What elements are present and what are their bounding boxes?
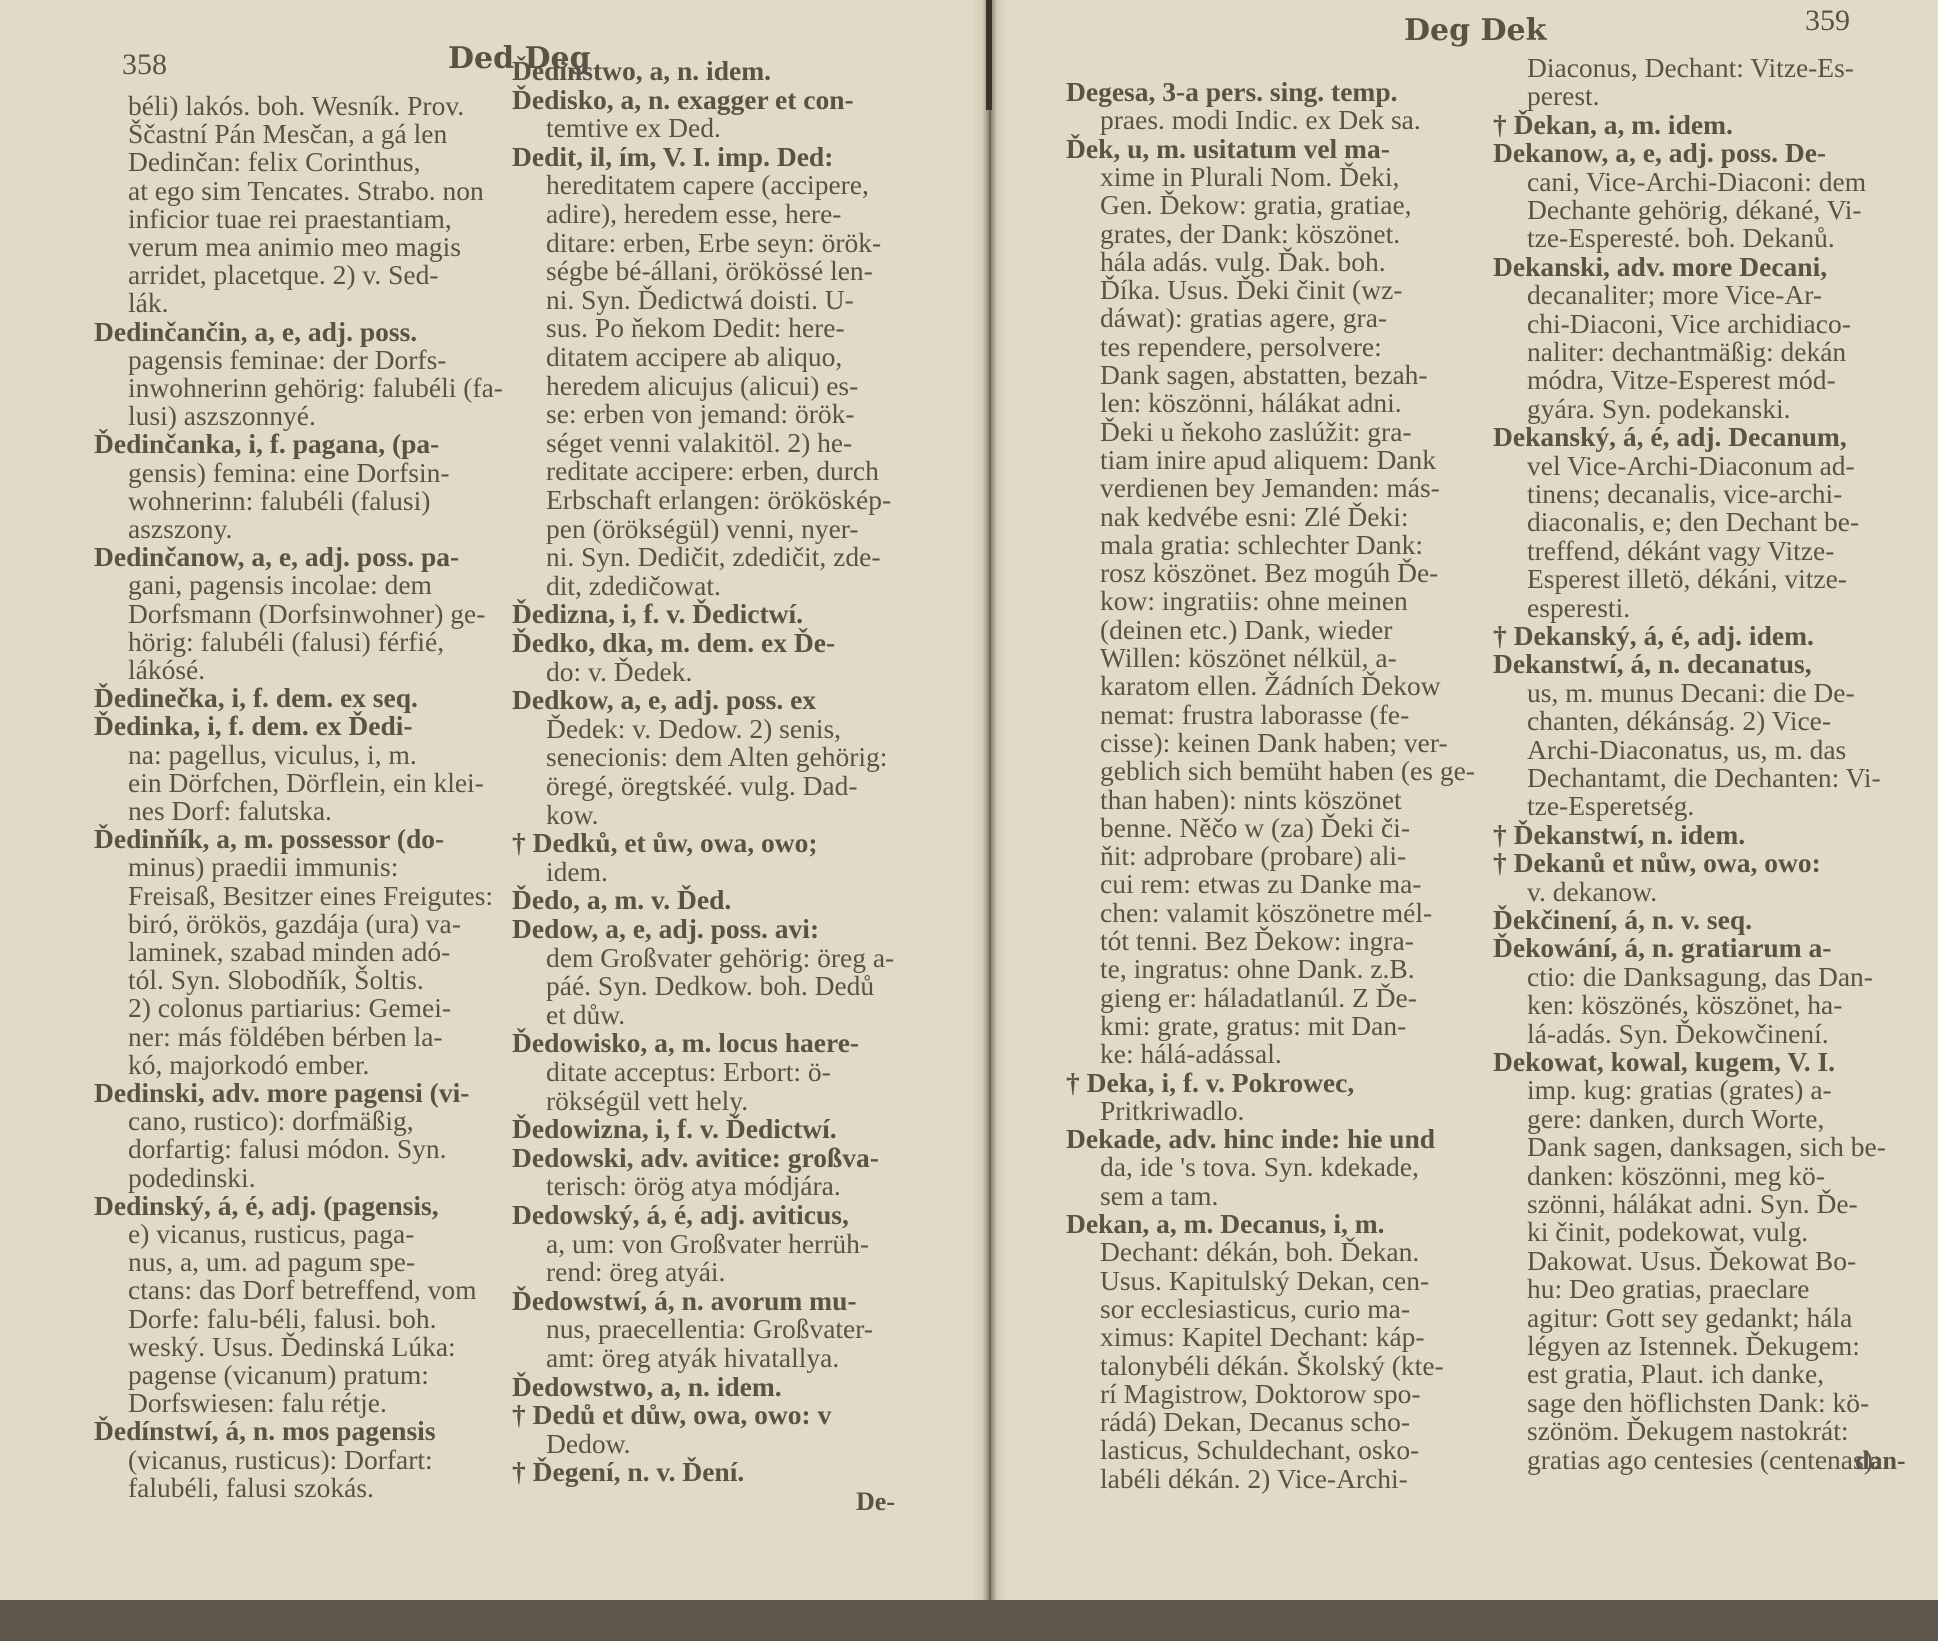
entry-text-line: et důw. bbox=[512, 1001, 625, 1029]
entry-text-line: tze-Esperetség. bbox=[1493, 792, 1694, 820]
entry-text-line: tiam inire apud aliquem: Dank bbox=[1066, 446, 1436, 474]
entry-text-line: rend: öreg atyái. bbox=[512, 1258, 725, 1286]
entry-text-line: reditate accipere: erben, durch bbox=[512, 457, 879, 485]
entry-text-line: ctans: das Dorf betreffend, vom bbox=[94, 1276, 476, 1304]
entry-headword-line: Ďedinečka, i, f. dem. ex seq. bbox=[94, 684, 418, 712]
entry-text-line: terisch: örög atya módjára. bbox=[512, 1172, 841, 1200]
entry-text-line: Dorfsmann (Dorfsinwohner) ge- bbox=[94, 600, 485, 628]
entry-text-line: biró, örökös, gazdája (ura) va- bbox=[94, 910, 461, 938]
entry-headword-line: † Dedů et důw, owa, owo: v bbox=[512, 1401, 831, 1429]
entry-headword-line: Dekanow, a, e, adj. poss. De- bbox=[1493, 139, 1826, 167]
gutter-shadow bbox=[986, 0, 992, 110]
entry-text-line: danken: köszönni, meg kö- bbox=[1493, 1162, 1825, 1190]
entry-text-line: nes Dorf: falutska. bbox=[94, 797, 332, 825]
entry-text-line: weský. Usus. Ďedinská Lúka: bbox=[94, 1333, 456, 1361]
left-page: 358 Ded Deg béli) lakós. boh. Wesník. Pr… bbox=[0, 0, 990, 1600]
entry-text-line: labéli dékán. 2) Vice-Archi- bbox=[1066, 1465, 1408, 1493]
entry-headword-line: Dedkow, a, e, adj. poss. ex bbox=[512, 686, 816, 714]
entry-text-line: kmi: grate, gratus: mit Dan- bbox=[1066, 1012, 1406, 1040]
entry-text-line: a, um: von Großvater herrüh- bbox=[512, 1230, 869, 1258]
entry-headword-line: Ďedowstwo, a, n. idem. bbox=[512, 1373, 782, 1401]
entry-text-line: laminek, szabad minden adó- bbox=[94, 938, 450, 966]
entry-text-line: nemat: frustra laborasse (fe- bbox=[1066, 701, 1409, 729]
entry-text-line: dit, zdedičowat. bbox=[512, 572, 721, 600]
entry-headword-line: Dekan, a, m. Decanus, i, m. bbox=[1066, 1210, 1385, 1238]
entry-text-line: Dakowat. Usus. Ďekowat Bo- bbox=[1493, 1247, 1856, 1275]
entry-text-line: Usus. Kapitulský Dekan, cen- bbox=[1066, 1267, 1429, 1295]
entry-text-line: tes rependere, persolvere: bbox=[1066, 333, 1382, 361]
entry-headword-line: Ďedowizna, i, f. v. Ďedictwí. bbox=[512, 1115, 837, 1143]
entry-text-line: lák. bbox=[94, 289, 168, 317]
entry-headword-line: † Dedků, et ůw, owa, owo; bbox=[512, 829, 818, 857]
entry-text-line: sor ecclesiasticus, curio ma- bbox=[1066, 1295, 1410, 1323]
entry-headword-line: Ďedo, a, m. v. Ďed. bbox=[512, 886, 731, 914]
entry-text-line: dáwat): gratias agere, gra- bbox=[1066, 304, 1387, 332]
entry-text-line: do: v. Ďedek. bbox=[512, 658, 692, 686]
entry-text-line: gieng er: háladatlanúl. Z Ďe- bbox=[1066, 984, 1417, 1012]
entry-text-line: Ďeki u ňekoho zaslúžit: gra- bbox=[1066, 418, 1412, 446]
entry-headword-line: Dedowský, á, é, adj. aviticus, bbox=[512, 1201, 849, 1229]
entry-text-line: karatom ellen. Žádních Ďekow bbox=[1066, 672, 1441, 700]
entry-text-line: séget venni valakitöl. 2) he- bbox=[512, 429, 852, 457]
entry-text-line: praes. modi Indic. ex Dek sa. bbox=[1066, 106, 1421, 134]
entry-text-line: se: erben von jemand: örök- bbox=[512, 400, 855, 428]
book-spread: 358 Ded Deg béli) lakós. boh. Wesník. Pr… bbox=[0, 0, 1938, 1641]
entry-text-line: diaconalis, e; den Dechant be- bbox=[1493, 508, 1859, 536]
entry-text-line: hereditatem capere (accipere, bbox=[512, 171, 869, 199]
entry-text-line: decanaliter; more Vice-Ar- bbox=[1493, 281, 1822, 309]
entry-text-line: lasticus, Schuldechant, osko- bbox=[1066, 1436, 1419, 1464]
entry-headword-line: Dekowat, kowal, kugem, V. I. bbox=[1493, 1048, 1835, 1076]
entry-text-line: Dank sagen, danksagen, sich be- bbox=[1493, 1133, 1886, 1161]
entry-text-line: ctio: die Danksagung, das Dan- bbox=[1493, 963, 1873, 991]
entry-headword-line: Ďedinňík, a, m. possessor (do- bbox=[94, 825, 444, 853]
entry-text-line: szönöm. Ďekugem nastokrát: bbox=[1493, 1417, 1849, 1445]
entry-text-line: kow: ingratiis: ohne meinen bbox=[1066, 587, 1408, 615]
entry-text-line: dorfartig: falusi módon. Syn. bbox=[94, 1135, 447, 1163]
entry-text-line: v. dekanow. bbox=[1493, 878, 1657, 906]
entry-text-line: temtive ex Ded. bbox=[512, 114, 721, 142]
entry-text-line: rosz köszönet. Bez mogúh Ďe- bbox=[1066, 559, 1438, 587]
entry-headword-line: Ďedisko, a, n. exagger et con- bbox=[512, 86, 854, 114]
catchword-right: dan- bbox=[1855, 1446, 1906, 1476]
entry-text-line: inwohnerinn gehörig: falubéli (fa- bbox=[94, 374, 503, 402]
entry-text-line: esperesti. bbox=[1493, 594, 1630, 622]
entry-text-line: cano, rustico): dorfmäßig, bbox=[94, 1107, 414, 1135]
entry-headword-line: Ďedowisko, a, m. locus haere- bbox=[512, 1029, 859, 1057]
entry-text-line: xime in Plurali Nom. Ďeki, bbox=[1066, 163, 1399, 191]
entry-text-line: gyára. Syn. podekanski. bbox=[1493, 395, 1791, 423]
entry-text-line: lusi) aszszonnyé. bbox=[94, 402, 316, 430]
entry-text-line: hörig: falubéli (falusi) férfié, bbox=[94, 628, 444, 656]
entry-text-line: te, ingratus: ohne Dank. z.B. bbox=[1066, 955, 1415, 983]
entry-text-line: Pritkriwadlo. bbox=[1066, 1097, 1244, 1125]
entry-text-line: Ščastní Pán Mesčan, a gá len bbox=[94, 120, 447, 148]
entry-text-line: ki činit, podekowat, vulg. bbox=[1493, 1218, 1808, 1246]
entry-text-line: ditare: erben, Erbe seyn: örök- bbox=[512, 229, 881, 257]
entry-text-line: ditate acceptus: Erbort: ö- bbox=[512, 1058, 831, 1086]
entry-text-line: grates, der Dank: köszönet. bbox=[1066, 220, 1400, 248]
entry-text-line: Diaconus, Dechant: Vitze-Es- bbox=[1493, 54, 1854, 82]
entry-text-line: us, m. munus Decani: die De- bbox=[1493, 679, 1855, 707]
entry-text-line: Dedow. bbox=[512, 1430, 631, 1458]
entry-text-line: Willen: köszönet nélkül, a- bbox=[1066, 644, 1397, 672]
entry-text-line: ximus: Kapitel Dechant: káp- bbox=[1066, 1323, 1425, 1351]
entry-headword-line: Dedinski, adv. more pagensi (vi- bbox=[94, 1079, 469, 1107]
entry-text-line: benne. Něčo w (za) Ďeki či- bbox=[1066, 814, 1410, 842]
entry-headword-line: † Ďekan, a, m. idem. bbox=[1493, 111, 1733, 139]
entry-text-line: ni. Syn. Ďedictwá doisti. U- bbox=[512, 286, 854, 314]
entry-text-line: geblich sich bemüht haben (es ge- bbox=[1066, 757, 1475, 785]
entry-text-line: kó, majorkodó ember. bbox=[94, 1051, 369, 1079]
entry-text-line: vel Vice-Archi-Diaconum ad- bbox=[1493, 452, 1855, 480]
entry-text-line: rádá) Dekan, Decanus scho- bbox=[1066, 1408, 1410, 1436]
entry-text-line: lákósé. bbox=[94, 656, 205, 684]
entry-text-line: pen (örökségül) venni, nyer- bbox=[512, 515, 859, 543]
entry-text-line: Ďíka. Usus. Ďeki činit (wz- bbox=[1066, 276, 1402, 304]
entry-headword-line: Dekade, adv. hinc inde: hie und bbox=[1066, 1125, 1435, 1153]
entry-text-line: pagense (vicanum) pratum: bbox=[94, 1361, 429, 1389]
entry-text-line: chen: valamit köszönetre mél- bbox=[1066, 899, 1432, 927]
entry-headword-line: Ďedko, dka, m. dem. ex Ďe- bbox=[512, 629, 835, 657]
entry-headword-line: † Ďekanstwí, n. idem. bbox=[1493, 821, 1745, 849]
entry-text-line: idem. bbox=[512, 858, 608, 886]
entry-text-line: minus) praedii immunis: bbox=[94, 853, 398, 881]
entry-text-line: Erbschaft erlangen: örököskép- bbox=[512, 486, 891, 514]
entry-headword-line: Ďedinstwo, a, n. idem. bbox=[512, 57, 771, 85]
entry-headword-line: Ďek, u, m. usitatum vel ma- bbox=[1066, 135, 1390, 163]
entry-text-line: Dorfe: falu-béli, falusi. boh. bbox=[94, 1305, 437, 1333]
entry-text-line: légyen az Istennek. Ďekugem: bbox=[1493, 1332, 1860, 1360]
entry-text-line: Dedinčan: felix Corinthus, bbox=[94, 148, 421, 176]
entry-text-line: páé. Syn. Dedkow. boh. Dedů bbox=[512, 972, 874, 1000]
entry-text-line: Dank sagen, abstatten, bezah- bbox=[1066, 361, 1428, 389]
entry-text-line: cisse): keinen Dank haben; ver- bbox=[1066, 729, 1448, 757]
entry-text-line: rí Magistrow, Doktorow spo- bbox=[1066, 1380, 1421, 1408]
book-gutter bbox=[972, 0, 1008, 1612]
entry-text-line: ditatem accipere ab aliquo, bbox=[512, 343, 842, 371]
entry-text-line: hu: Deo gratias, praeclare bbox=[1493, 1275, 1810, 1303]
entry-text-line: dem Großvater gehörig: öreg a- bbox=[512, 944, 894, 972]
entry-headword-line: Ďedizna, i, f. v. Ďedictwí. bbox=[512, 600, 803, 628]
entry-text-line: kow. bbox=[512, 801, 598, 829]
entry-headword-line: Dedit, il, ím, V. I. imp. Ded: bbox=[512, 143, 833, 171]
running-head-right: Deg Dek bbox=[1404, 14, 1546, 48]
entry-headword-line: † Dekanský, á, é, adj. idem. bbox=[1493, 622, 1814, 650]
entry-text-line: naliter: dechantmäßig: dekán bbox=[1493, 338, 1846, 366]
entry-text-line: pagensis feminae: der Dorfs- bbox=[94, 346, 446, 374]
entry-text-line: chanten, dékánság. 2) Vice- bbox=[1493, 707, 1831, 735]
entry-text-line: béli) lakós. boh. Wesník. Prov. bbox=[94, 92, 464, 120]
entry-text-line: inficior tuae rei praestantiam, bbox=[94, 205, 452, 233]
entry-text-line: aszszony. bbox=[94, 515, 232, 543]
entry-text-line: rökségül vett hely. bbox=[512, 1087, 748, 1115]
entry-text-line: Dechantamt, die Dechanten: Vi- bbox=[1493, 764, 1881, 792]
entry-text-line: da, ide 's tova. Syn. kdekade, bbox=[1066, 1153, 1419, 1181]
entry-text-line: 2) colonus partiarius: Gemei- bbox=[94, 994, 451, 1022]
entry-text-line: ke: hálá-adással. bbox=[1066, 1040, 1282, 1068]
entry-text-line: sus. Po ňekom Dedit: here- bbox=[512, 314, 845, 342]
entry-text-line: ni. Syn. Dedičit, zdedičit, zde- bbox=[512, 543, 881, 571]
entry-headword-line: Ďekowání, á, n. gratiarum a- bbox=[1493, 934, 1831, 962]
entry-text-line: amt: öreg atyák hivatallya. bbox=[512, 1344, 839, 1372]
entry-text-line: ségbe bé-állani, örökössé len- bbox=[512, 257, 873, 285]
entry-text-line: ner: más földében bérben la- bbox=[94, 1023, 443, 1051]
entry-text-line: Dorfswiesen: falu rétje. bbox=[94, 1389, 387, 1417]
entry-headword-line: Dekanský, á, é, adj. Decanum, bbox=[1493, 423, 1847, 451]
entry-text-line: podedinski. bbox=[94, 1164, 256, 1192]
entry-text-line: e) vicanus, rusticus, paga- bbox=[94, 1220, 414, 1248]
entry-text-line: tinens; decanalis, vice-archi- bbox=[1493, 480, 1842, 508]
entry-headword-line: Ďedinčanka, i, f. pagana, (pa- bbox=[94, 430, 439, 458]
entry-text-line: len: köszönni, hálákat adni. bbox=[1066, 389, 1402, 417]
catchword-left: De- bbox=[856, 1487, 895, 1517]
entry-text-line: lá-adás. Syn. Ďekowčinení. bbox=[1493, 1020, 1829, 1048]
entry-headword-line: Dedow, a, e, adj. poss. avi: bbox=[512, 915, 819, 943]
entry-headword-line: Dedinčanow, a, e, adj. poss. pa- bbox=[94, 543, 459, 571]
entry-text-line: arridet, placetque. 2) v. Sed- bbox=[94, 261, 439, 289]
entry-headword-line: Dekanstwí, á, n. decanatus, bbox=[1493, 650, 1812, 678]
right-page: Deg Dek 359 Degesa, 3-a pers. sing. temp… bbox=[990, 0, 1938, 1618]
entry-text-line: agitur: Gott sey gedankt; hála bbox=[1493, 1304, 1852, 1332]
entry-text-line: wohnerinn: falubéli (falusi) bbox=[94, 487, 430, 515]
entry-headword-line: † Deka, i, f. v. Pokrowec, bbox=[1066, 1069, 1354, 1097]
entry-headword-line: Ďedinka, i, f. dem. ex Ďedi- bbox=[94, 712, 413, 740]
entry-headword-line: Degesa, 3-a pers. sing. temp. bbox=[1066, 78, 1398, 106]
entry-text-line: gratias ago centesies (centenas): bbox=[1493, 1446, 1881, 1474]
entry-text-line: sem a tam. bbox=[1066, 1182, 1218, 1210]
entry-text-line: nak kedvébe esni: Zlé Ďeki: bbox=[1066, 503, 1409, 531]
entry-headword-line: Dedowski, adv. avitice: großva- bbox=[512, 1144, 879, 1172]
scan-background bbox=[0, 1600, 1938, 1641]
entry-text-line: at ego sim Tencates. Strabo. non bbox=[94, 177, 484, 205]
entry-text-line: treffend, dékánt vagy Vitze- bbox=[1493, 537, 1834, 565]
entry-text-line: ein Dörfchen, Dörflein, ein klei- bbox=[94, 769, 484, 797]
entry-text-line: sage den höflichsten Dank: kö- bbox=[1493, 1389, 1869, 1417]
entry-text-line: tól. Syn. Slobodňík, Šoltis. bbox=[94, 966, 424, 994]
entry-text-line: cani, Vice-Archi-Diaconi: dem bbox=[1493, 168, 1866, 196]
entry-text-line: senecionis: dem Alten gehörig: bbox=[512, 743, 887, 771]
entry-text-line: gere: danken, durch Worte, bbox=[1493, 1105, 1824, 1133]
entry-text-line: verdienen bey Jemanden: más- bbox=[1066, 474, 1440, 502]
entry-text-line: imp. kug: gratias (grates) a- bbox=[1493, 1076, 1832, 1104]
entry-text-line: talonybéli dékán. Školský (kte- bbox=[1066, 1352, 1444, 1380]
entry-text-line: chi-Diaconi, Vice archidiaco- bbox=[1493, 310, 1851, 338]
entry-text-line: Gen. Ďekow: gratia, gratiae, bbox=[1066, 191, 1412, 219]
entry-text-line: tze-Esperesté. boh. Dekanů. bbox=[1493, 224, 1835, 252]
entry-text-line: than haben): nints köszönet bbox=[1066, 786, 1402, 814]
entry-text-line: Archi-Diaconatus, us, m. das bbox=[1493, 736, 1846, 764]
entry-headword-line: Dedinčančin, a, e, adj. poss. bbox=[94, 318, 417, 346]
entry-text-line: (deinen etc.) Dank, wieder bbox=[1066, 616, 1392, 644]
entry-text-line: mala gratia: schlechter Dank: bbox=[1066, 531, 1423, 559]
entry-text-line: cui rem: etwas zu Danke ma- bbox=[1066, 870, 1421, 898]
entry-text-line: módra, Vitze-Esperest mód- bbox=[1493, 366, 1836, 394]
page-number-left: 358 bbox=[122, 48, 167, 82]
entry-text-line: ňit: adprobare (probare) ali- bbox=[1066, 842, 1406, 870]
entry-text-line: na: pagellus, viculus, i, m. bbox=[94, 741, 417, 769]
entry-text-line: (vicanus, rusticus): Dorfart: bbox=[94, 1446, 433, 1474]
entry-text-line: Dechante gehörig, dékané, Vi- bbox=[1493, 196, 1862, 224]
entry-text-line: hála adás. vulg. Ďak. boh. bbox=[1066, 248, 1386, 276]
entry-headword-line: Ďedowstwí, á, n. avorum mu- bbox=[512, 1287, 857, 1315]
entry-text-line: Dechant: dékán, boh. Ďekan. bbox=[1066, 1238, 1419, 1266]
entry-text-line: nus, a, um. ad pagum spe- bbox=[94, 1248, 415, 1276]
entry-headword-line: Dedinský, á, é, adj. (pagensis, bbox=[94, 1192, 439, 1220]
entry-text-line: Freisaß, Besitzer eines Freigutes: bbox=[94, 882, 493, 910]
entry-text-line: öregé, öregtskéé. vulg. Dad- bbox=[512, 772, 858, 800]
entry-text-line: adire), heredem esse, here- bbox=[512, 200, 841, 228]
entry-headword-line: † Dekanů et nůw, owa, owo: bbox=[1493, 849, 1821, 877]
entry-text-line: nus, praecellentia: Großvater- bbox=[512, 1315, 873, 1343]
entry-headword-line: Ďedínstwí, á, n. mos pagensis bbox=[94, 1417, 436, 1445]
entry-headword-line: Ďekčinení, á, n. v. seq. bbox=[1493, 906, 1752, 934]
entry-text-line: verum mea animio meo magis bbox=[94, 233, 461, 261]
entry-text-line: gani, pagensis incolae: dem bbox=[94, 571, 432, 599]
entry-headword-line: Dekanski, adv. more Decani, bbox=[1493, 253, 1827, 281]
entry-text-line: tót tenni. Bez Ďekow: ingra- bbox=[1066, 927, 1414, 955]
entry-text-line: ken: köszönés, köszönet, ha- bbox=[1493, 991, 1842, 1019]
entry-text-line: Esperest illetö, dékáni, vitze- bbox=[1493, 565, 1847, 593]
entry-text-line: szönni, hálákat adni. Syn. Ďe- bbox=[1493, 1190, 1858, 1218]
entry-text-line: est gratia, Plaut. ich danke, bbox=[1493, 1360, 1824, 1388]
entry-text-line: heredem alicujus (alicui) es- bbox=[512, 372, 858, 400]
entry-text-line: gensis) femina: eine Dorfsin- bbox=[94, 459, 450, 487]
page-number-right: 359 bbox=[1805, 4, 1850, 38]
entry-text-line: perest. bbox=[1493, 82, 1600, 110]
entry-headword-line: † Ďegení, n. v. Ďení. bbox=[512, 1458, 744, 1486]
entry-text-line: Ďedek: v. Dedow. 2) senis, bbox=[512, 715, 841, 743]
entry-text-line: falubéli, falusi szokás. bbox=[94, 1474, 374, 1502]
